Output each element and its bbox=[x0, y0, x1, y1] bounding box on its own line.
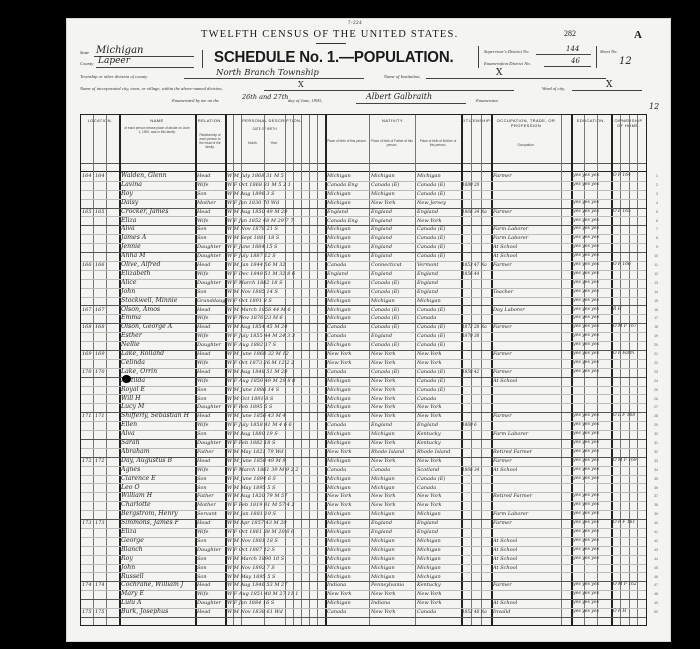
mother-birthplace: New York bbox=[417, 217, 461, 226]
home-ownership bbox=[613, 386, 646, 395]
birthplace: Michigan bbox=[327, 377, 369, 386]
mother-birthplace: Canada (E) bbox=[417, 306, 461, 315]
citizenship: 1853 47 Na bbox=[462, 261, 491, 270]
home-ownership bbox=[613, 270, 646, 279]
mother-birthplace: New York bbox=[417, 412, 461, 421]
line-number: 26 bbox=[654, 397, 658, 401]
dwelling-number bbox=[82, 484, 93, 493]
home-ownership bbox=[613, 341, 646, 350]
line-number: 34 bbox=[654, 468, 658, 472]
line-number: 46 bbox=[654, 575, 658, 579]
personal-description: W M Nov 1885 14 S bbox=[227, 288, 324, 297]
line-number: 19 bbox=[654, 334, 658, 338]
personal-description: W F Jan 1830 70 Wd bbox=[227, 199, 324, 208]
county-line bbox=[96, 67, 194, 68]
father-birthplace: New York bbox=[371, 590, 415, 599]
mother-birthplace: Michigan bbox=[417, 555, 461, 564]
line-number: 23 bbox=[654, 370, 658, 374]
occupation bbox=[493, 386, 561, 395]
education bbox=[573, 484, 611, 493]
mother-birthplace: England bbox=[417, 528, 461, 537]
father-birthplace: Michigan bbox=[371, 484, 415, 493]
family-number bbox=[95, 430, 106, 439]
dwelling-number bbox=[82, 501, 93, 510]
line-number: 2 bbox=[656, 183, 658, 187]
relation: Wife bbox=[197, 466, 225, 475]
occupation: Day Laborer bbox=[493, 306, 561, 315]
family-number bbox=[95, 234, 106, 243]
citizenship bbox=[462, 386, 491, 395]
education: yes yes yes bbox=[573, 466, 611, 475]
relation: Son bbox=[197, 386, 225, 395]
person-name: Anna M bbox=[121, 252, 194, 261]
birthplace: Michigan bbox=[327, 430, 369, 439]
person-name: Will H bbox=[121, 395, 194, 404]
line-number: 28 bbox=[654, 414, 658, 418]
mother-birthplace: Canada (E) bbox=[417, 475, 461, 484]
relation: Son bbox=[197, 190, 225, 199]
birthplace: Canada bbox=[327, 608, 369, 617]
occupation bbox=[493, 501, 561, 510]
home-ownership bbox=[613, 279, 646, 288]
home-ownership bbox=[613, 555, 646, 564]
column-group-relation: RELATION. bbox=[195, 118, 225, 123]
personal-description: W M Aug 1896 3 S bbox=[227, 190, 324, 199]
family-number: 173 bbox=[95, 519, 106, 528]
occupation: Farm Laborer bbox=[493, 225, 561, 234]
education: yes yes yes bbox=[573, 172, 611, 181]
occupation bbox=[493, 484, 561, 493]
personal-description: W M Aug 1820 79 M 57 bbox=[227, 492, 324, 501]
mother-birthplace: Michigan bbox=[417, 573, 461, 582]
birthplace: Michigan bbox=[327, 537, 369, 546]
relation: Son bbox=[197, 564, 225, 573]
relation: Daughter bbox=[197, 252, 225, 261]
home-ownership: O F H bbox=[613, 608, 646, 617]
birthplace: Michigan bbox=[327, 519, 369, 528]
home-ownership bbox=[613, 377, 646, 386]
occupation bbox=[493, 199, 561, 208]
birthplace: Michigan bbox=[327, 341, 369, 350]
person-name: Mary E bbox=[121, 590, 194, 599]
sheet-letter: A bbox=[634, 29, 642, 41]
citizenship bbox=[462, 234, 491, 243]
relation: Mother bbox=[197, 501, 225, 510]
line-number: 16 bbox=[654, 308, 658, 312]
personal-description: W M Oct 1891 8 S bbox=[227, 395, 324, 404]
father-birthplace: New York bbox=[371, 386, 415, 395]
line-number: 18 bbox=[654, 325, 658, 329]
personal-description: W M May 1895 5 S bbox=[227, 484, 324, 493]
father-birthplace: England bbox=[371, 519, 415, 528]
relation: Father bbox=[197, 448, 225, 457]
birthplace: Michigan bbox=[327, 412, 369, 421]
relation: Head bbox=[197, 323, 225, 332]
home-ownership bbox=[613, 252, 646, 261]
line-number: 42 bbox=[654, 539, 658, 543]
dwelling-number bbox=[82, 243, 93, 252]
mother-birthplace: Scotland bbox=[417, 466, 461, 475]
dwelling-number bbox=[82, 332, 93, 341]
father-birthplace: Canada (E) bbox=[371, 181, 415, 190]
person-name: Celinda bbox=[121, 359, 194, 368]
dwelling-number bbox=[82, 314, 93, 323]
dwelling-number bbox=[82, 279, 93, 288]
occupation: Farm Laborer bbox=[493, 510, 561, 519]
person-name: Lulu A bbox=[121, 599, 194, 608]
home-ownership bbox=[613, 430, 646, 439]
citizenship bbox=[462, 314, 491, 323]
education bbox=[573, 386, 611, 395]
personal-description: W F July 1858 41 M 4 6 6 bbox=[227, 421, 324, 430]
occupation: At School bbox=[493, 537, 561, 546]
family-number bbox=[95, 199, 106, 208]
personal-description: W M March 1856 44 M 6 bbox=[227, 306, 324, 315]
line-number: 12 bbox=[654, 272, 658, 276]
father-birthplace: Michigan bbox=[371, 297, 415, 306]
dwelling-number bbox=[82, 475, 93, 484]
occupation bbox=[493, 181, 561, 190]
father-birthplace: Michigan bbox=[371, 475, 415, 484]
family-number bbox=[95, 314, 106, 323]
home-ownership bbox=[613, 573, 646, 582]
relation: Son bbox=[197, 288, 225, 297]
birth-date-subhead: DATE OF BIRTH. bbox=[245, 127, 285, 131]
father-birthplace: New York bbox=[371, 457, 415, 466]
education: yes yes yes bbox=[573, 208, 611, 217]
city-line bbox=[264, 90, 514, 91]
birthplace: Canada Eng bbox=[327, 181, 369, 190]
family-number bbox=[95, 332, 106, 341]
brace bbox=[592, 46, 597, 68]
relation: Daughter bbox=[197, 403, 225, 412]
mother-birthplace: Kentucky bbox=[417, 581, 461, 590]
home-ownership bbox=[613, 190, 646, 199]
occupation-subhead: Occupation. bbox=[501, 143, 551, 147]
sheet-number-value: 12 bbox=[619, 56, 632, 67]
birthplace: Michigan bbox=[327, 172, 369, 181]
education: yes yes yes bbox=[573, 430, 611, 439]
relation: Wife bbox=[197, 217, 225, 226]
citizenship: 1872 28 Na bbox=[462, 323, 491, 332]
line-number: 44 bbox=[654, 557, 658, 561]
personal-description: W F July 1887 12 S bbox=[227, 252, 324, 261]
line-number: 5 bbox=[656, 210, 658, 214]
education: yes yes yes bbox=[573, 519, 611, 528]
personal-description: W F Oct 1873 26 M 12 2 2 bbox=[227, 359, 324, 368]
occupation bbox=[493, 341, 561, 350]
citizenship bbox=[462, 555, 491, 564]
person-name: Lake, Orrin bbox=[121, 368, 194, 377]
line-number: 29 bbox=[654, 423, 658, 427]
dwelling-number bbox=[82, 377, 93, 386]
education: yes yes yes bbox=[573, 225, 611, 234]
document-title: TWELFTH CENSUS OF THE UNITED STATES. bbox=[201, 29, 458, 40]
enumerator-line bbox=[356, 103, 466, 104]
person-name: Roy bbox=[121, 190, 194, 199]
relation: Head bbox=[197, 608, 225, 617]
person-name: Agnes bbox=[121, 466, 194, 475]
name-subhead: of each person whose place of abode on J… bbox=[123, 126, 191, 134]
relation: Head bbox=[197, 208, 225, 217]
home-ownership bbox=[613, 314, 646, 323]
father-birthplace: Canada (E) bbox=[371, 288, 415, 297]
home-ownership: O F 166 bbox=[613, 261, 646, 270]
dwelling-number: 169 bbox=[82, 350, 93, 359]
line-number: 21 bbox=[654, 352, 658, 356]
home-ownership: O L F 168 bbox=[613, 412, 646, 421]
birthplace: Michigan bbox=[327, 395, 369, 404]
occupation: Farm Laborer bbox=[493, 430, 561, 439]
family-number bbox=[95, 386, 106, 395]
citizenship bbox=[462, 599, 491, 608]
birthplace: Michigan bbox=[327, 457, 369, 466]
table-row: 175 175 Burk, Josephus Head W M Nov 1838… bbox=[81, 608, 646, 618]
mother-birthplace: New York bbox=[417, 492, 461, 501]
enumerator-label: Enumerator. bbox=[476, 98, 499, 103]
mother-birthplace: Canada bbox=[417, 608, 461, 617]
citizenship: 1866 34 Na bbox=[462, 208, 491, 217]
line-number: 48 bbox=[654, 592, 658, 596]
dwelling-number bbox=[82, 234, 93, 243]
institution-label: Name of Institution, bbox=[384, 74, 421, 79]
ward-value: X bbox=[606, 80, 612, 90]
citizenship bbox=[462, 448, 491, 457]
birthplace: Michigan bbox=[327, 439, 369, 448]
citizenship bbox=[462, 377, 491, 386]
home-ownership bbox=[613, 359, 646, 368]
family-number: 166 bbox=[95, 261, 106, 270]
relation: Son bbox=[197, 234, 225, 243]
family-number bbox=[95, 403, 106, 412]
birthplace: Canada bbox=[327, 368, 369, 377]
column-group-location: LOCATION. bbox=[81, 118, 119, 123]
line-number: 32 bbox=[654, 450, 658, 454]
city-label: Name of incorporated city, town, or vill… bbox=[80, 86, 223, 91]
birthplace: Canada Eng bbox=[327, 217, 369, 226]
mother-birthplace: Kentucky bbox=[417, 430, 461, 439]
home-ownership: R H bbox=[613, 306, 646, 315]
education: yes yes yes bbox=[573, 350, 611, 359]
birthplace: Michigan bbox=[327, 564, 369, 573]
education: yes yes yes bbox=[573, 270, 611, 279]
birthplace: New York bbox=[327, 359, 369, 368]
father-birthplace: England bbox=[371, 208, 415, 217]
supervisor-district-label: Supervisor's District No. bbox=[484, 49, 530, 54]
state-label: State bbox=[80, 50, 89, 55]
personal-description: W F Feb 1882 18 S bbox=[227, 439, 324, 448]
education: yes yes yes bbox=[573, 528, 611, 537]
home-ownership bbox=[613, 590, 646, 599]
home-ownership: O F F 161 bbox=[613, 519, 646, 528]
person-name: Leo O bbox=[121, 484, 194, 493]
personal-description: W M May 1895 5 S bbox=[227, 573, 324, 582]
person-name: Elizabeth bbox=[121, 270, 194, 279]
birthplace: Michigan bbox=[327, 252, 369, 261]
family-number bbox=[95, 573, 106, 582]
line-number: 39 bbox=[654, 512, 658, 516]
relation: Head bbox=[197, 172, 225, 181]
personal-description: W M Nov 1881 18 S bbox=[227, 537, 324, 546]
personal-description: W F Dec 1848 51 M 32 8 6 bbox=[227, 270, 324, 279]
mother-birthplace: England bbox=[417, 519, 461, 528]
education: yes yes yes bbox=[573, 234, 611, 243]
occupation bbox=[493, 270, 561, 279]
father-birthplace: Canada (E) bbox=[371, 368, 415, 377]
home-ownership bbox=[613, 421, 646, 430]
line-number: 8 bbox=[656, 236, 658, 240]
relation: Father bbox=[197, 492, 225, 501]
father-birthplace: New York bbox=[371, 199, 415, 208]
family-number bbox=[95, 439, 106, 448]
father-birthplace: New York bbox=[371, 412, 415, 421]
enumeration-line bbox=[544, 66, 591, 67]
person-name: Alice bbox=[121, 279, 194, 288]
person-name: Eliza bbox=[121, 528, 194, 537]
occupation: Farmer bbox=[493, 350, 561, 359]
person-name: Matilda bbox=[121, 377, 194, 386]
citizenship bbox=[462, 546, 491, 555]
brace bbox=[478, 46, 483, 68]
dwelling-number: 164 bbox=[82, 172, 93, 181]
occupation: Farm Laborer bbox=[493, 234, 561, 243]
dwelling-number: 167 bbox=[82, 306, 93, 315]
home-ownership bbox=[613, 492, 646, 501]
family-number bbox=[95, 448, 106, 457]
ward-line bbox=[572, 90, 642, 91]
citizenship bbox=[462, 172, 491, 181]
relation: Daughter bbox=[197, 599, 225, 608]
father-birthplace: Canada bbox=[371, 466, 415, 475]
family-number bbox=[95, 270, 106, 279]
father-birthplace: England bbox=[371, 332, 415, 341]
citizenship bbox=[462, 412, 491, 421]
person-name: Royal E bbox=[121, 386, 194, 395]
personal-description: W M June 1850 49 M 9 bbox=[227, 457, 324, 466]
father-birthplace: Canada (E) bbox=[371, 341, 415, 350]
family-number bbox=[95, 288, 106, 297]
personal-description: W M June 1868 32 M 12 bbox=[227, 350, 324, 359]
father-birthplace: Michigan bbox=[371, 172, 415, 181]
personal-description: W F Oct 1891 8 S bbox=[227, 297, 324, 306]
education: yes yes yes bbox=[573, 546, 611, 555]
family-number bbox=[95, 252, 106, 261]
person-name: Esther bbox=[121, 332, 194, 341]
citizenship bbox=[462, 359, 491, 368]
father-birthplace: New York bbox=[371, 608, 415, 617]
personal-description: W F July 1855 44 M 24 3 3 bbox=[227, 332, 324, 341]
dwelling-number bbox=[82, 528, 93, 537]
mother-birthplace: England bbox=[417, 270, 461, 279]
column-group-personal-description: PERSONAL DESCRIPTION. bbox=[225, 118, 319, 123]
education: yes yes yes bbox=[573, 608, 611, 617]
column-group-citizenship: CITIZENSHIP. bbox=[461, 118, 491, 123]
birthplace: Michigan bbox=[327, 386, 369, 395]
mother-birthplace: Canada (E) bbox=[417, 386, 461, 395]
person-name: Blanch bbox=[121, 546, 194, 555]
education: yes yes yes bbox=[573, 332, 611, 341]
person-name: Alva bbox=[121, 225, 194, 234]
person-name: Day, Augustus B bbox=[121, 457, 194, 466]
family-number bbox=[95, 217, 106, 226]
person-name: Daisy bbox=[121, 199, 194, 208]
father-birthplace: England bbox=[371, 270, 415, 279]
mother-birthplace: Michigan bbox=[417, 564, 461, 573]
person-name: Lavina bbox=[121, 181, 194, 190]
personal-description: W M Nov 1878 21 S bbox=[227, 225, 324, 234]
mother-birthplace: New York bbox=[417, 359, 461, 368]
father-birthplace: Indiana bbox=[371, 599, 415, 608]
citizenship: 1880 20 bbox=[462, 181, 491, 190]
citizenship bbox=[462, 510, 491, 519]
title-divider bbox=[316, 43, 346, 44]
mother-birthplace: Canada bbox=[417, 395, 461, 404]
city-value: X bbox=[298, 80, 304, 89]
line-number: 35 bbox=[654, 477, 658, 481]
citizenship: 1852 48 Na bbox=[462, 608, 491, 617]
mother-birthplace: Canada (E) bbox=[417, 190, 461, 199]
birthplace: Michigan bbox=[327, 297, 369, 306]
relation: Daughter bbox=[197, 546, 225, 555]
citizenship: 1858 42 bbox=[462, 368, 491, 377]
education: yes yes yes bbox=[573, 181, 611, 190]
relation: Head bbox=[197, 519, 225, 528]
family-number bbox=[95, 341, 106, 350]
dwelling-number bbox=[82, 448, 93, 457]
line-number: 25 bbox=[654, 388, 658, 392]
citizenship: 1866 34 bbox=[462, 466, 491, 475]
education: yes yes yes bbox=[573, 475, 611, 484]
personal-description: W M Aug 1880 19 S bbox=[227, 430, 324, 439]
family-number: 172 bbox=[95, 457, 106, 466]
birthplace: Michigan bbox=[327, 403, 369, 412]
ward-label: Ward of city, bbox=[542, 86, 565, 91]
personal-description: W M Sept 1881 18 S bbox=[227, 234, 324, 243]
person-name: George bbox=[121, 537, 194, 546]
relation: Head bbox=[197, 412, 225, 421]
relation: Daughter bbox=[197, 279, 225, 288]
personal-description: W F Oct 1868 31 M 5 2 1 bbox=[227, 181, 324, 190]
family-number bbox=[95, 590, 106, 599]
dwelling-number: 171 bbox=[82, 412, 93, 421]
person-name: Abraham bbox=[121, 448, 194, 457]
family-number bbox=[95, 243, 106, 252]
line-number: 4 bbox=[656, 201, 658, 205]
dwelling-number: 170 bbox=[82, 368, 93, 377]
personal-description: W M Aug 1846 53 M 27 bbox=[227, 581, 324, 590]
person-name: John bbox=[121, 564, 194, 573]
occupation bbox=[493, 573, 561, 582]
mother-birthplace: Vermont bbox=[417, 261, 461, 270]
occupation bbox=[493, 475, 561, 484]
education: yes yes yes bbox=[573, 457, 611, 466]
father-birthplace: Michigan bbox=[371, 555, 415, 564]
occupation: At School bbox=[493, 243, 561, 252]
state-value: Michigan bbox=[96, 45, 143, 56]
father-birthplace: Michigan bbox=[371, 537, 415, 546]
citizenship: 1856 44 bbox=[462, 270, 491, 279]
father-birthplace-subhead: Place of birth of Father of this person. bbox=[371, 139, 413, 147]
line-number: 41 bbox=[654, 530, 658, 534]
enumerated-dates: 26th and 27th bbox=[242, 93, 289, 101]
home-ownership: O F 164 bbox=[613, 172, 646, 181]
occupation bbox=[493, 421, 561, 430]
line-number: 6 bbox=[656, 219, 658, 223]
home-ownership bbox=[613, 217, 646, 226]
education: yes yes yes bbox=[573, 368, 611, 377]
birthplace: Canada bbox=[327, 261, 369, 270]
citizenship bbox=[462, 457, 491, 466]
